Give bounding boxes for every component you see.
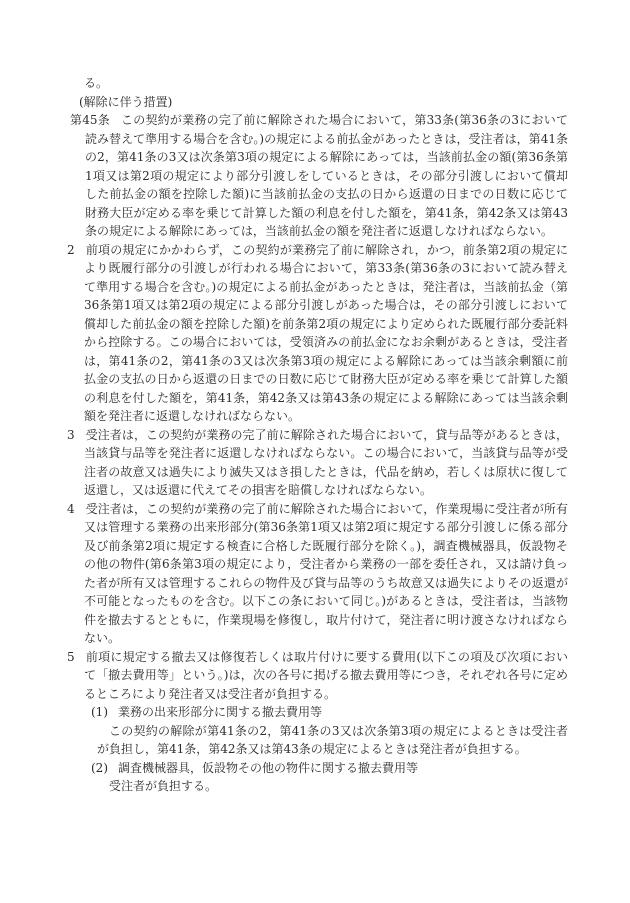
article-45: 第45条この契約が業務の完了前に解除された場合において，第33条(第36条の3に… bbox=[63, 111, 568, 241]
article-45-number: 第45条 bbox=[70, 113, 110, 127]
item-2-heading: 調査機械器具，仮設物その他の物件に関する撤去費用等 bbox=[118, 761, 418, 775]
item-1: (1)業務の出来形部分に関する撤去費用等 この契約の解除が第41条の2，第41条… bbox=[63, 703, 568, 759]
paragraph-3: 3受注者は，この契約が業務の完了前に解除された場合において，貸与品等があるときは… bbox=[63, 426, 568, 500]
paragraph-4: 4受注者は，この契約が業務の完了前に解除された場合において，作業現場に受注者が所… bbox=[63, 500, 568, 648]
paragraph-5-number: 5 bbox=[67, 650, 75, 664]
paragraph-4-body: 受注者は，この契約が業務の完了前に解除された場合において，作業現場に受注者が所有… bbox=[84, 502, 568, 646]
contract-text-block: る。 (解除に伴う措置) 第45条この契約が業務の完了前に解除された場合において… bbox=[63, 74, 568, 796]
paragraph-3-body: 受注者は，この契約が業務の完了前に解除された場合において，貸与品等があるときは，… bbox=[84, 428, 568, 498]
item-1-heading: 業務の出来形部分に関する撤去費用等 bbox=[118, 705, 322, 719]
item-1-body: この契約の解除が第41条の2，第41条の3又は次条第3項の規定によるときは受注者… bbox=[63, 722, 568, 759]
carryover-fragment: る。 bbox=[63, 74, 568, 93]
item-2-heading-line: (2)調査機械器具，仮設物その他の物件に関する撤去費用等 bbox=[63, 759, 568, 778]
item-2-body: 受注者が負担する。 bbox=[63, 777, 568, 796]
paragraph-5: 5前項に規定する撤去又は修復若しくは取片付けに要する費用(以下この項及び次項にお… bbox=[63, 648, 568, 704]
paragraph-2: 2前項の規定にかかわらず，この契約が業務完了前に解除され，かつ，前条第2項の規定… bbox=[63, 241, 568, 426]
paragraph-4-number: 4 bbox=[67, 502, 75, 516]
paragraph-5-body: 前項に規定する撤去又は修復若しくは取片付けに要する費用(以下この項及び次項におい… bbox=[84, 650, 568, 701]
item-2-number: (2) bbox=[91, 761, 108, 775]
paragraph-2-body: 前項の規定にかかわらず，この契約が業務完了前に解除され，かつ，前条第2項の規定に… bbox=[84, 243, 568, 424]
item-1-number: (1) bbox=[91, 705, 108, 719]
document-page: る。 (解除に伴う措置) 第45条この契約が業務の完了前に解除された場合において… bbox=[0, 0, 630, 903]
item-1-heading-line: (1)業務の出来形部分に関する撤去費用等 bbox=[63, 703, 568, 722]
item-2: (2)調査機械器具，仮設物その他の物件に関する撤去費用等 受注者が負担する。 bbox=[63, 759, 568, 796]
paragraph-3-number: 3 bbox=[67, 428, 75, 442]
article-caption: (解除に伴う措置) bbox=[63, 93, 568, 112]
paragraph-2-number: 2 bbox=[67, 243, 75, 257]
article-45-body: この契約が業務の完了前に解除された場合において，第33条(第36条の3において読… bbox=[85, 113, 568, 238]
